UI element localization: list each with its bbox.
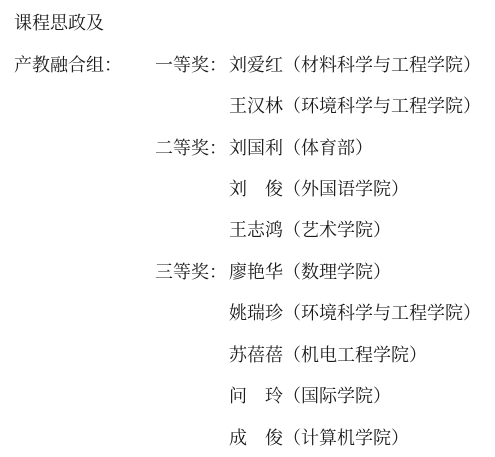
group-label-line2: 产教融合组：: [14, 54, 122, 78]
second-prize-label: 二等奖：: [155, 137, 227, 161]
winner-entry: 王汉林（环境科学与工程学院）: [229, 95, 481, 119]
third-prize-label: 三等奖：: [155, 261, 227, 285]
winner-entry: 刘 俊（外国语学院）: [229, 178, 409, 202]
winner-entry: 姚瑞珍（环境科学与工程学院）: [229, 302, 481, 326]
winner-entry: 王志鸿（艺术学院）: [229, 219, 391, 243]
winner-entry: 刘爱红（材料科学与工程学院）: [229, 54, 481, 78]
winner-entry: 苏蓓蓓（机电工程学院）: [229, 344, 427, 368]
first-prize-label: 一等奖：: [155, 54, 227, 78]
winner-entry: 刘国利（体育部）: [229, 137, 373, 161]
group-label-line1: 课程思政及: [14, 12, 104, 36]
winner-entry: 廖艳华（数理学院）: [229, 261, 391, 285]
winner-entry: 成 俊（计算机学院）: [229, 427, 409, 451]
winner-entry: 问 玲（国际学院）: [229, 385, 391, 409]
